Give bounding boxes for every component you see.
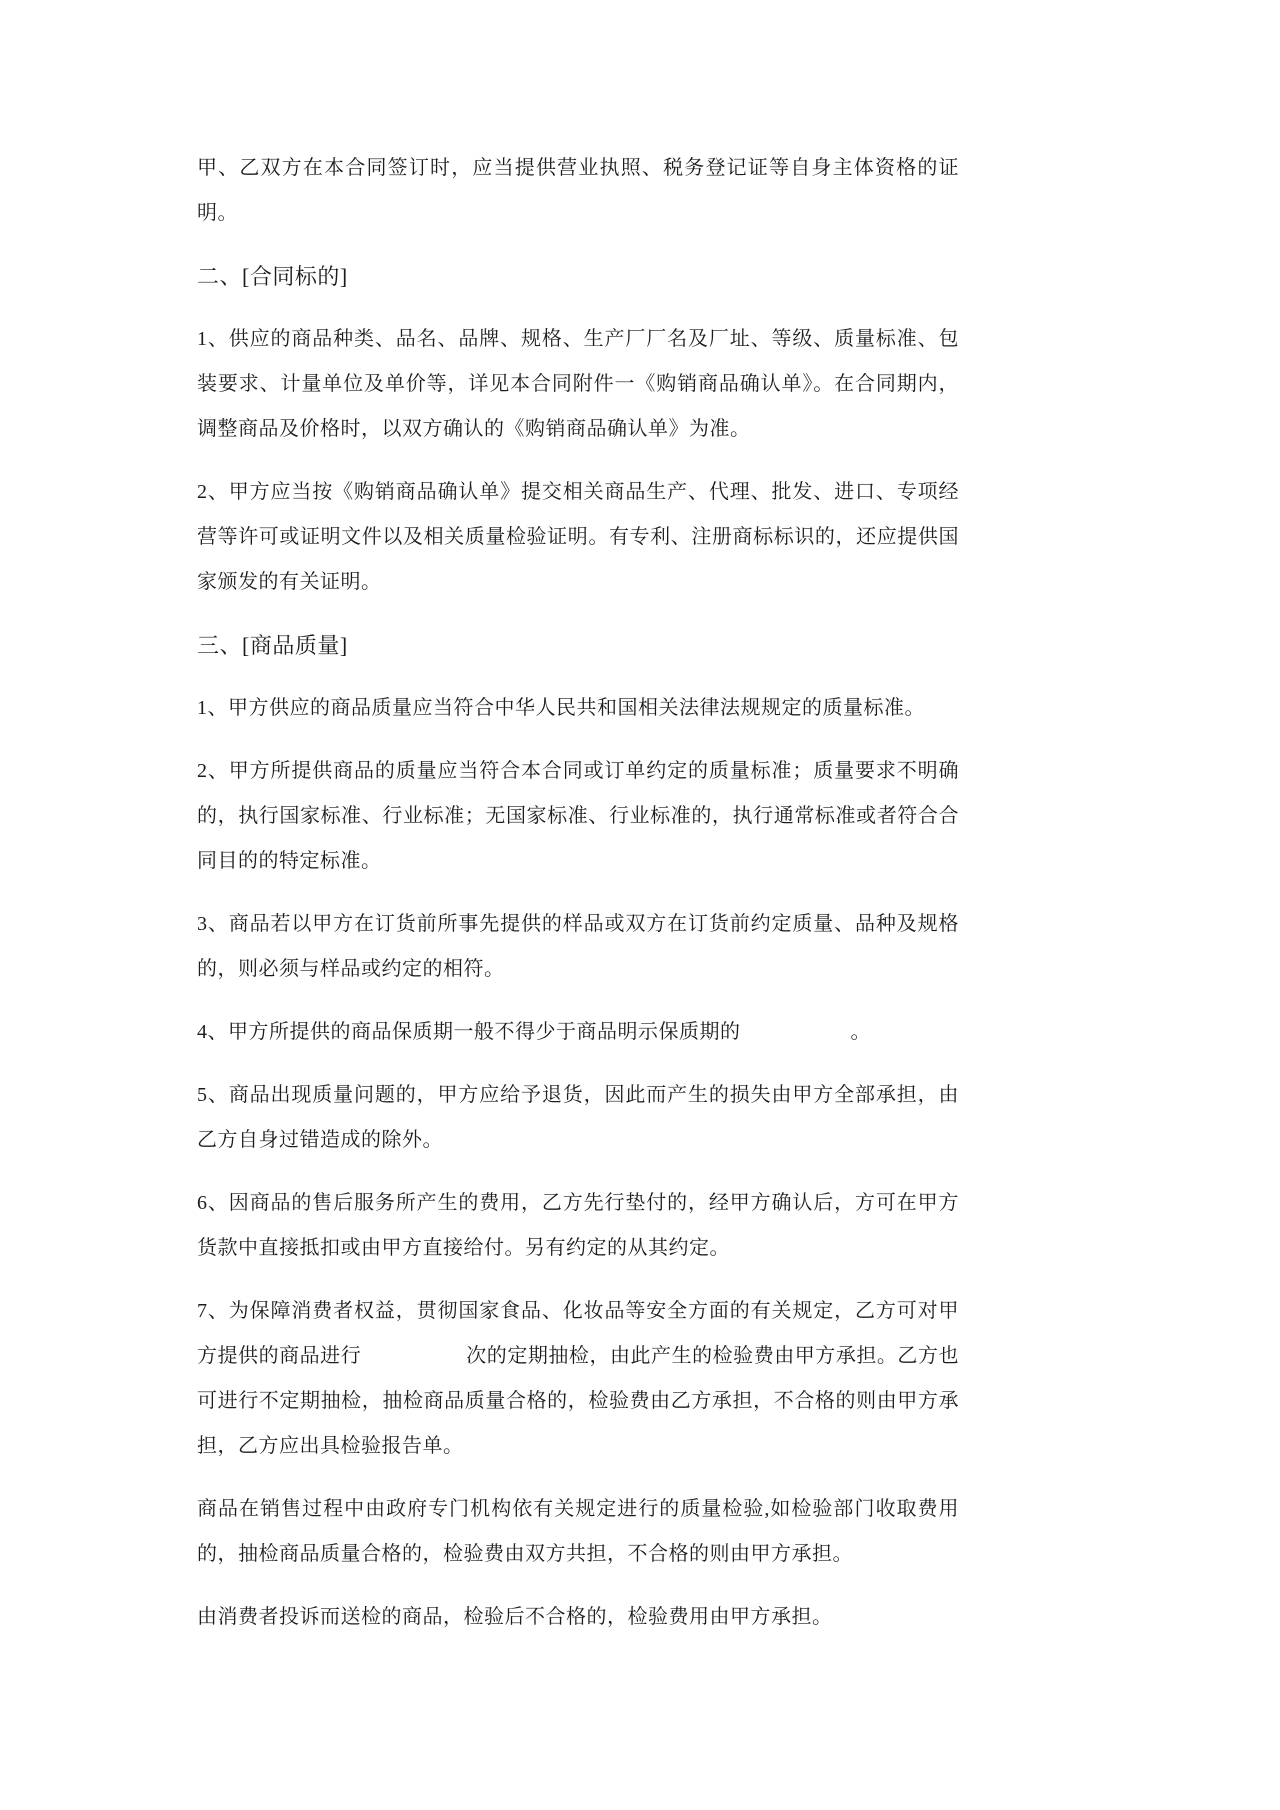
clause-quality-5: 5、商品出现质量问题的，甲方应给予退货，因此而产生的损失由甲方全部承担，由乙方自…	[197, 1073, 959, 1163]
clause-quality-4: 4、甲方所提供的商品保质期一般不得少于商品明示保质期的。	[197, 1010, 959, 1055]
clause-quality-1: 1、甲方供应的商品质量应当符合中华人民共和国相关法律法规规定的质量标准。	[197, 686, 959, 731]
section-heading-quality: 三、[商品质量]	[197, 623, 959, 668]
section-heading-subject: 二、[合同标的]	[197, 254, 959, 299]
clause-subject-1: 1、供应的商品种类、品名、品牌、规格、生产厂厂名及厂址、等级、质量标准、包装要求…	[197, 317, 959, 452]
clause-subject-2: 2、甲方应当按《购销商品确认单》提交相关商品生产、代理、批发、进口、专项经营等许…	[197, 470, 959, 605]
blank-shelf-life-field	[741, 1037, 851, 1038]
blank-inspection-times-field	[361, 1361, 466, 1362]
clause-quality-4-period: 。	[851, 1021, 872, 1043]
clause-quality-2: 2、甲方所提供商品的质量应当符合本合同或订单约定的质量标准；质量要求不明确的，执…	[197, 749, 959, 884]
para-government-inspection: 商品在销售过程中由政府专门机构依有关规定进行的质量检验,如检验部门收取费用的，抽…	[197, 1487, 959, 1577]
contract-body: 甲、乙双方在本合同签订时，应当提供营业执照、税务登记证等自身主体资格的证明。 二…	[197, 146, 959, 1640]
clause-quality-4-text: 4、甲方所提供的商品保质期一般不得少于商品明示保质期的	[197, 1021, 741, 1043]
para-consumer-complaint: 由消费者投诉而送检的商品，检验后不合格的，检验费用由甲方承担。	[197, 1595, 959, 1640]
clause-quality-6: 6、因商品的售后服务所产生的费用，乙方先行垫付的，经甲方确认后，方可在甲方货款中…	[197, 1181, 959, 1271]
document-page: 甲、乙双方在本合同签订时，应当提供营业执照、税务登记证等自身主体资格的证明。 二…	[0, 0, 1280, 1810]
clause-quality-7: 7、为保障消费者权益，贯彻国家食品、化妆品等安全方面的有关规定，乙方可对甲方提供…	[197, 1289, 959, 1469]
clause-party-certificates: 甲、乙双方在本合同签订时，应当提供营业执照、税务登记证等自身主体资格的证明。	[197, 146, 959, 236]
clause-quality-3: 3、商品若以甲方在订货前所事先提供的样品或双方在订货前约定质量、品种及规格的，则…	[197, 902, 959, 992]
